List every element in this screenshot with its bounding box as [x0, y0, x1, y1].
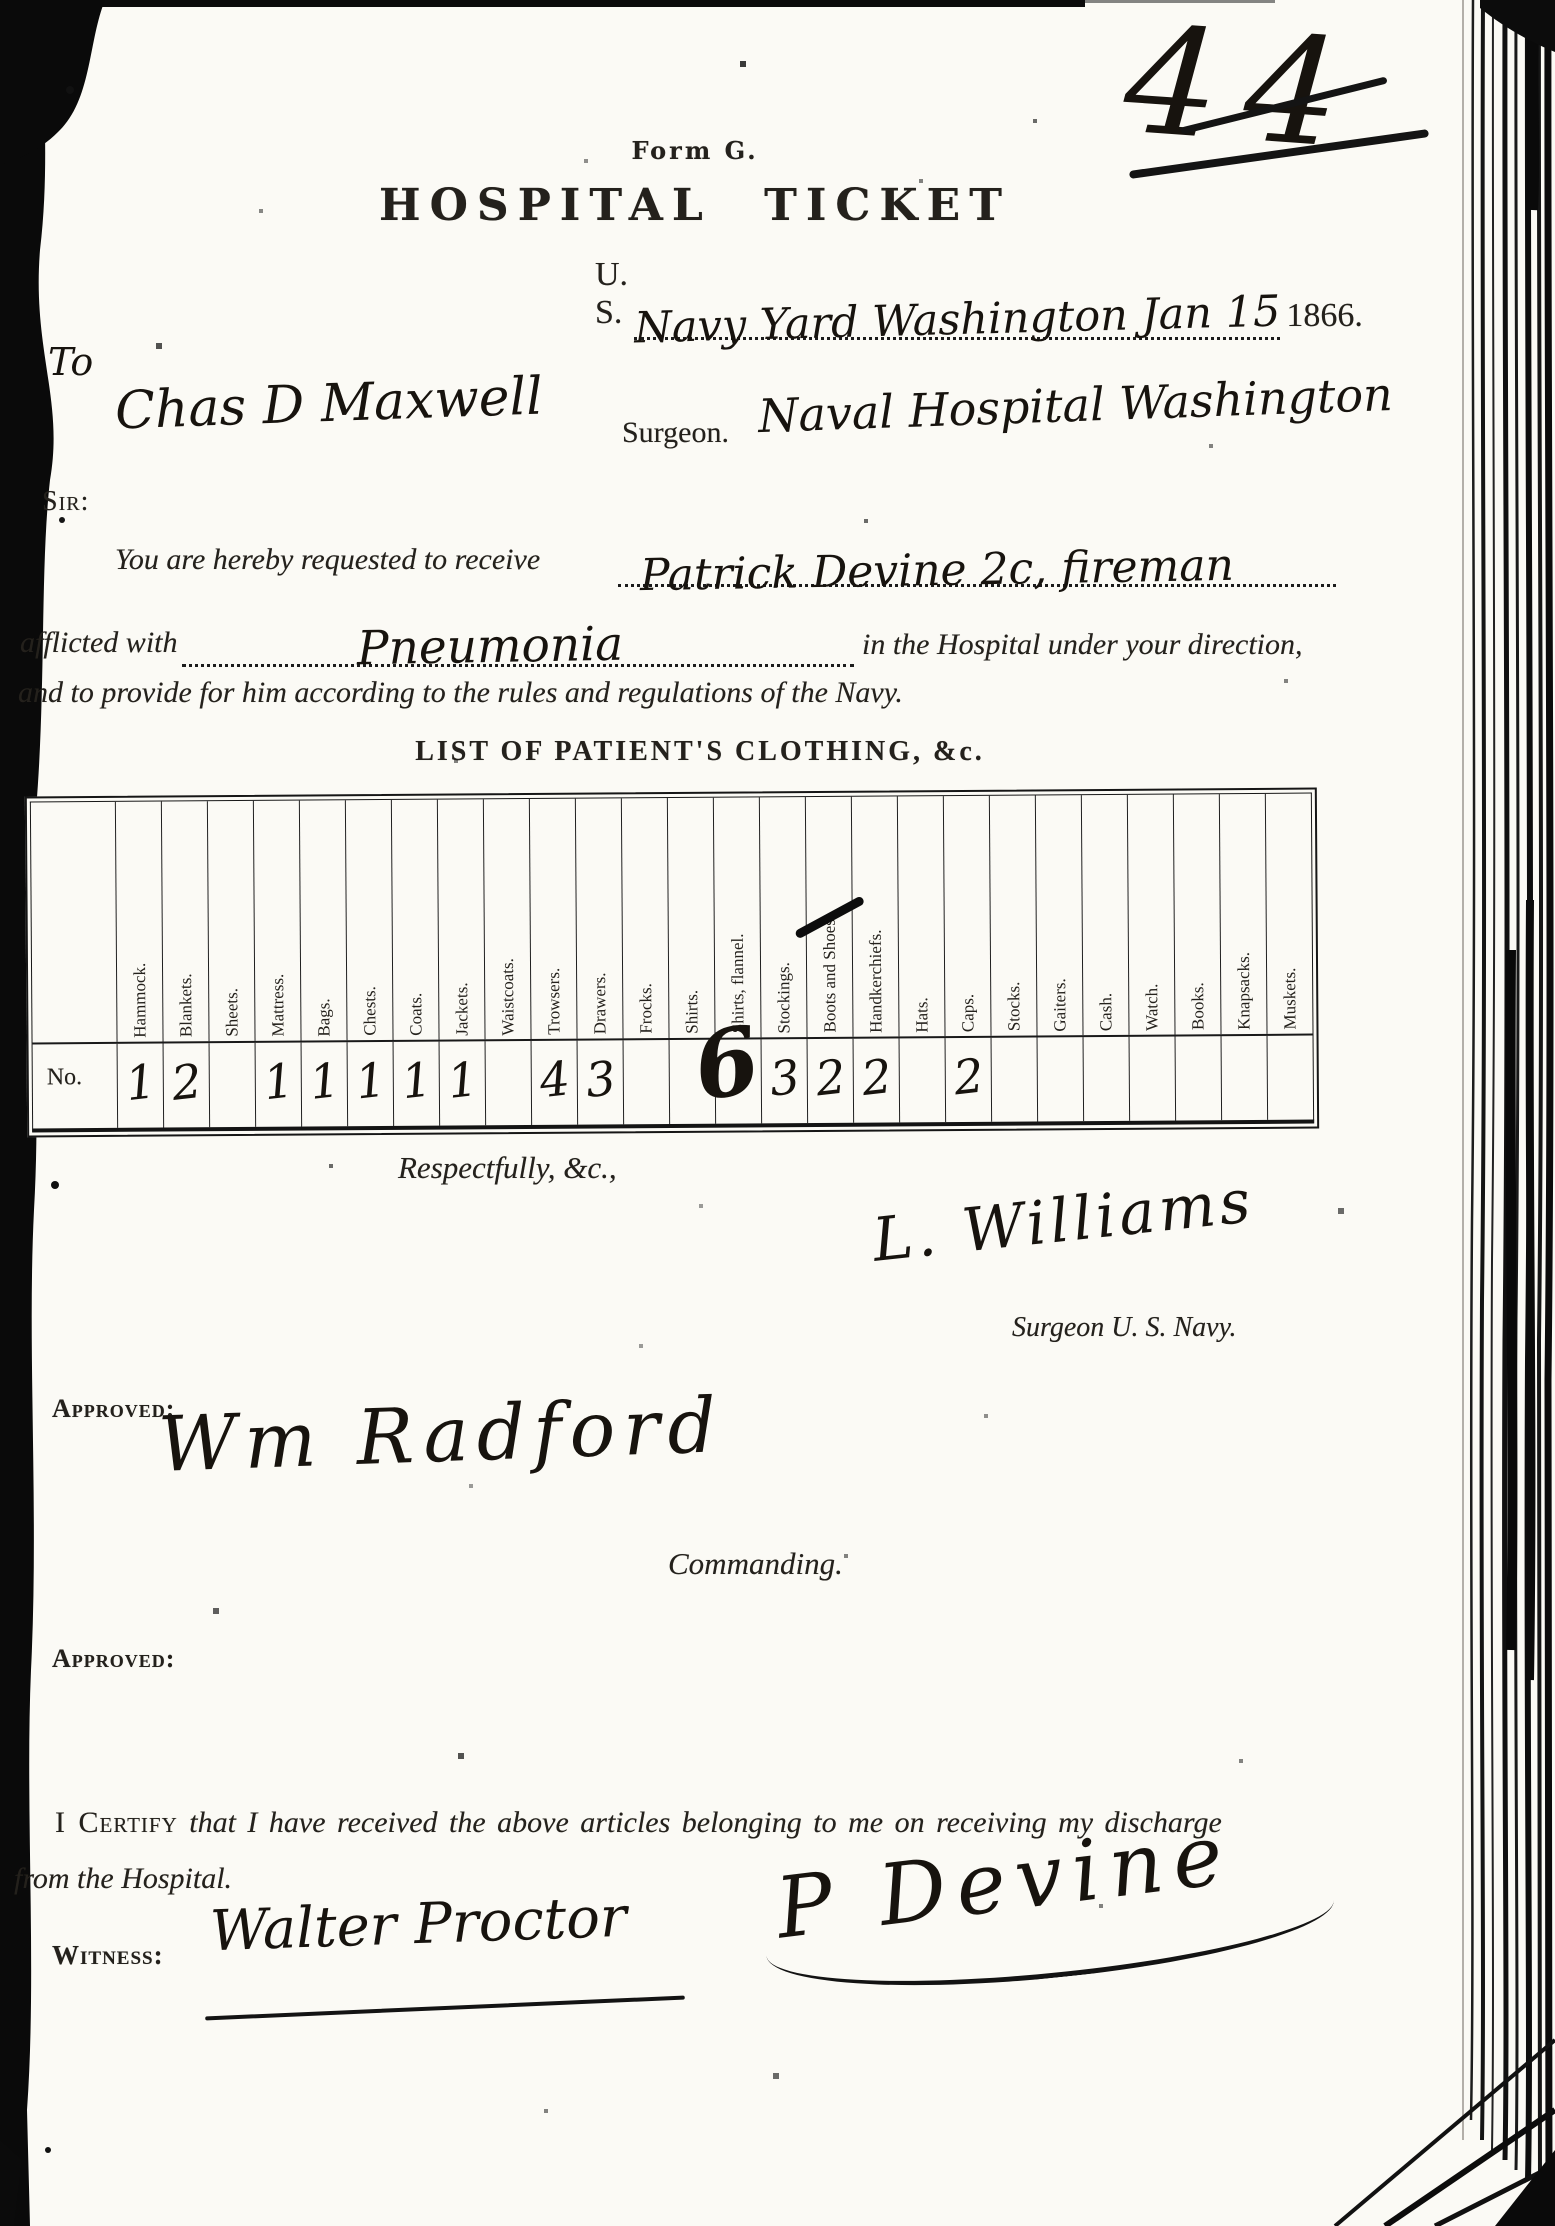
clothing-header-row: Hammock.Blankets.Sheets.Mattress.Bags.Ch… [31, 794, 1313, 1043]
certify-lead: I Certify [55, 1806, 178, 1839]
affliction-fill-line: Pneumonia [182, 606, 854, 667]
request-fill-line: Patrick Devine 2c, fireman [618, 514, 1336, 587]
clothing-column-value: 3 [577, 1040, 624, 1124]
clothing-column-value [899, 1038, 946, 1122]
surgeon-label: Surgeon. [622, 416, 729, 450]
witness-underline [205, 1996, 685, 2021]
hospital-ticket-scan: Form G. HOSPITAL TICKET 44 U. S. Navy Ya… [0, 0, 1555, 2226]
clothing-column-header: Hats. [897, 796, 945, 1036]
approved-label-2: Approved: [52, 1644, 175, 1674]
clothing-column-value: 2 [807, 1039, 854, 1123]
clothing-column-header: Jackets. [437, 799, 485, 1039]
clothing-column-value [623, 1040, 670, 1124]
clothing-column-value [209, 1043, 256, 1127]
clothing-column-header: Caps. [943, 796, 991, 1036]
clothing-column-header: Gaiters. [1035, 795, 1083, 1035]
dateline-fill-line: Navy Yard Washington Jan 15 [634, 287, 1280, 340]
respectfully-line: Respectfully, &c., [398, 1150, 617, 1186]
clothing-column-value [1037, 1037, 1084, 1121]
salutation: Sir: [42, 486, 89, 518]
clothing-column-value [485, 1041, 532, 1125]
clothing-column-value: 2 [163, 1043, 210, 1127]
clothing-column-header: Books. [1173, 794, 1221, 1034]
clothing-column-value: 1 [255, 1043, 302, 1127]
clothing-column-value [1221, 1036, 1268, 1120]
clothing-column-value: 1 [301, 1042, 348, 1126]
addressee-name: Chas D Maxwell [114, 367, 544, 442]
clothing-value-row: No. 12111114363222 [33, 1034, 1314, 1129]
clothing-heading: LIST OF PATIENT'S CLOTHING, &c. [300, 736, 1100, 768]
clothing-column-value [1267, 1036, 1314, 1120]
clothing-column-value [991, 1037, 1038, 1121]
clothing-column-header: Handkerchiefs. [851, 796, 899, 1036]
diagnosis-handwritten: Pneumonia [357, 617, 624, 677]
clothing-column-header: Trowsers. [529, 799, 577, 1039]
dateline: U. S. Navy Yard Washington Jan 15 1866. [595, 256, 1343, 340]
provide-line: and to provide for him according to the … [18, 676, 903, 710]
certify-line-2: from the Hospital. [14, 1862, 232, 1896]
commander-signature: Wm Radford [157, 1380, 726, 1489]
to-label: To [48, 340, 93, 384]
clothing-column-header: Frocks. [621, 798, 669, 1038]
clothing-column-value: 1 [117, 1044, 164, 1128]
clothing-column-value [1083, 1037, 1130, 1121]
clothing-table: Hammock.Blankets.Sheets.Mattress.Bags.Ch… [25, 787, 1319, 1137]
clothing-column-value: 4 [531, 1041, 578, 1125]
affliction-suffix: in the Hospital under your direction, [862, 628, 1303, 662]
surgeon-signature: L. Williams [869, 1166, 1257, 1276]
clothing-column-header: Stocks. [989, 795, 1037, 1035]
clothing-column-header: Shirts. [667, 798, 715, 1038]
clothing-column-value: 1 [347, 1042, 394, 1126]
clothing-column-header: Hammock. [115, 802, 163, 1042]
clothing-column-header: Boots and Shoes. [805, 797, 853, 1037]
commanding-title: Commanding. [668, 1546, 843, 1582]
clothing-column-header: Chests. [345, 800, 393, 1040]
clothing-column-value: 2 [945, 1038, 992, 1122]
dateline-prefix: U. S. [595, 256, 628, 340]
clothing-column-header: Cash. [1081, 795, 1129, 1035]
patient-name-handwritten: Patrick Devine 2c, fireman [640, 540, 1235, 601]
request-printed: You are hereby requested to receive [115, 543, 540, 577]
clothing-column-header: Muskets. [1265, 794, 1313, 1034]
clothing-column-header: Watch. [1127, 794, 1175, 1034]
dateline-handwritten: Navy Yard Washington Jan 15 [634, 287, 1281, 354]
witness-label: Witness: [52, 1940, 164, 1971]
clothing-column-header: Waistcoats. [483, 799, 531, 1039]
clothing-column-header: Drawers. [575, 798, 623, 1038]
clothing-column-header: Coats. [391, 800, 439, 1040]
clothing-column-value [1129, 1036, 1176, 1120]
clothing-column-value: 1 [393, 1042, 440, 1126]
clothing-column-value: 2 [853, 1038, 900, 1122]
clothing-table-box: Hammock.Blankets.Sheets.Mattress.Bags.Ch… [30, 793, 1314, 1133]
affliction-prefix: afflicted with [20, 626, 178, 660]
top-edge-artifact [0, 0, 1085, 7]
surgeon-title: Surgeon U. S. Navy. [1012, 1312, 1237, 1344]
dateline-year: 1866. [1286, 297, 1363, 340]
clothing-column-header: Mattress. [253, 801, 301, 1041]
witness-signature: Walter Proctor [209, 1885, 628, 1965]
station-name: Naval Hospital Washington [757, 367, 1393, 443]
clothing-column-header: Blankets. [161, 801, 209, 1041]
document-title: HOSPITAL TICKET [0, 180, 1390, 231]
clothing-column-header: Sheets. [207, 801, 255, 1041]
clothing-column-header: Knapsacks. [1219, 794, 1267, 1034]
clothing-column-value: 1 [439, 1041, 486, 1125]
clothing-column-header: Stockings. [759, 797, 807, 1037]
no-column-header-spacer [31, 802, 117, 1043]
no-column-label: No. [33, 1044, 118, 1129]
clothing-column-header: Bags. [299, 800, 347, 1040]
clothing-column-value: 6 [715, 1039, 762, 1123]
clothing-column-value [1175, 1036, 1222, 1120]
clothing-column-header: Shirts, flannel. [713, 797, 761, 1037]
